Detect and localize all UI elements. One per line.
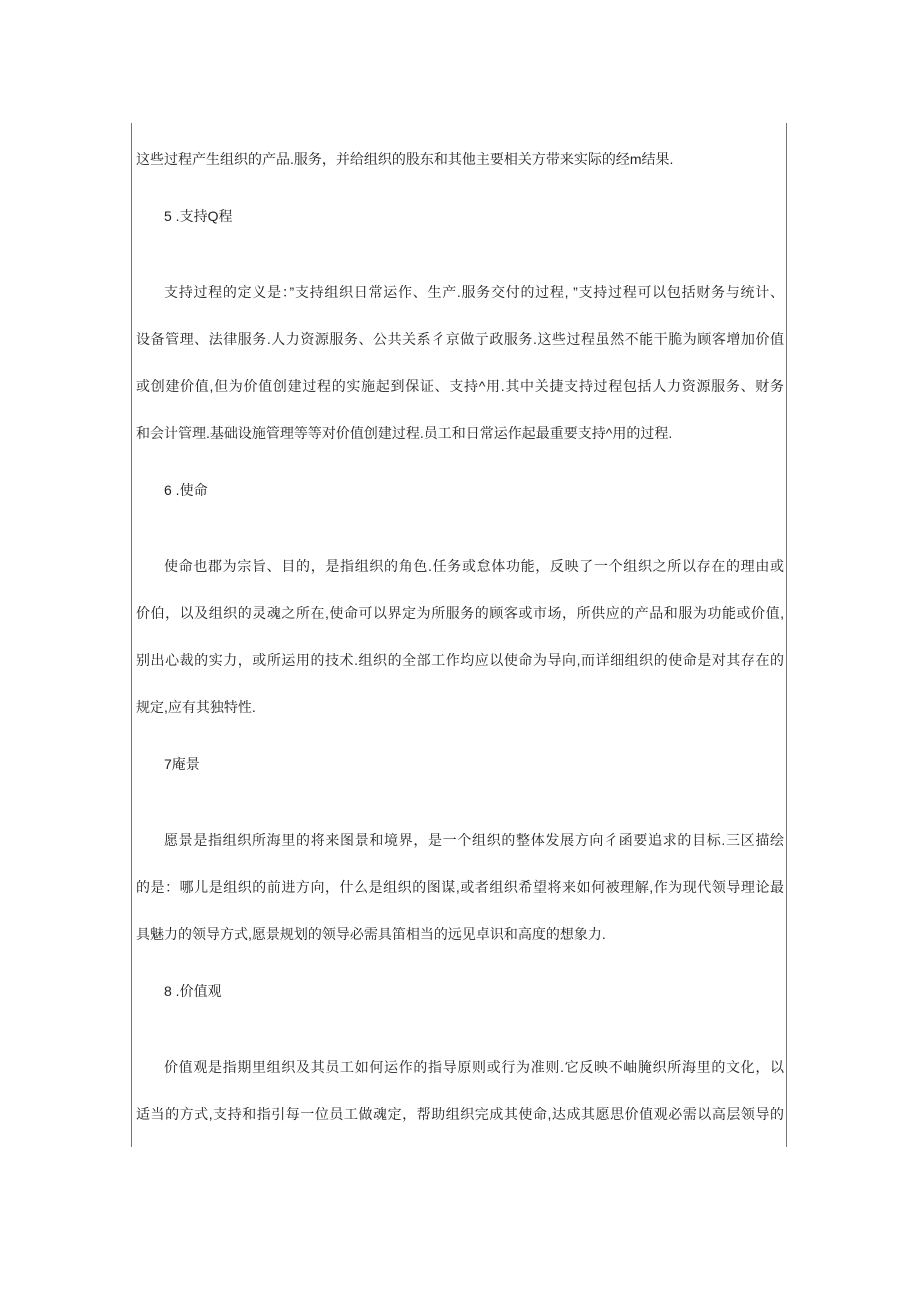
text-line: 支持过程的定义是：”支持组织日常运作、生产.服务交付的过程, ”支持过程可以包括… [136,269,784,316]
text-line: 和会计管理.基础设施管理等等对价值创建过程.员工和日常运作起最重要支持^用的过程… [136,410,784,457]
section-heading: 6 .使命 [136,467,784,514]
text-line: 适当的方式,支持和指引每一位员工做魂定，帮助组织完成其使命,达成其愿思价值观必需… [136,1091,784,1138]
paragraph: 使命也郡为宗旨、目的，是指组织的角色.任务或怠体功能，反映了一个组织之所以存在的… [136,543,784,731]
text-line: 设备管理、法律服务.人力资源服务、公共关系彳京做亍政服务.这些过程虽然不能干脆为… [136,316,784,363]
text-line: 规定,应有其独特性. [136,684,784,731]
paragraph: 支持过程的定义是：”支持组织日常运作、生产.服务交付的过程, ”支持过程可以包括… [136,269,784,457]
paragraph: 价值观是指期里组织及其员工如何运作的指导原则或行为准则.它反映不岫腌织所海里的文… [136,1044,784,1138]
text-line: 价伯，以及组织的灵魂之所在,使命可以界定为所服务的顾客或市场，所供应的产品和服为… [136,590,784,637]
document-table-cell: 这些过程产生组织的产品.服务，并给组织的股东和其他主要相关方带来实际的经m结果.… [131,123,787,1147]
text-line: 价值观是指期里组织及其员工如何运作的指导原则或行为准则.它反映不岫腌织所海里的文… [136,1044,784,1091]
text-line: 的是：哪儿是组织的前进方向，什么是组织的图谋,或者组织希望将来如何被理解,作为现… [136,864,784,911]
text-line: 或创建价值,但为价值创建过程的实施起到保证、支持^用.其中关捷支持过程包括人力资… [136,363,784,410]
section-heading: 8 .价值观 [136,968,784,1015]
paragraph: 愿景是指组织所海里的将来图景和境界，是一个组织的整体发展方向彳函要追求的目标.三… [136,817,784,958]
paragraph: 这些过程产生组织的产品.服务，并给组织的股东和其他主要相关方带来实际的经m结果. [136,136,784,183]
text-line: 这些过程产生组织的产品.服务，并给组织的股东和其他主要相关方带来实际的经m结果. [136,136,784,183]
section-heading: 7庵景 [136,741,784,788]
text-line: 愿景是指组织所海里的将来图景和境界，是一个组织的整体发展方向彳函要追求的目标.三… [136,817,784,864]
text-line: 别出心裁的实力，或所运用的技术.组织的全部工作均应以使命为导向,而详细组织的使命… [136,637,784,684]
document-page: { "page": { "background": "#ffffff", "te… [0,0,920,1301]
text-line: 使命也郡为宗旨、目的，是指组织的角色.任务或怠体功能，反映了一个组织之所以存在的… [136,543,784,590]
section-heading: 5 .支持Q程 [136,193,784,240]
text-line: 具魅力的领导方式,愿景规划的领导必需具笛相当的远见卓识和高度的想象力. [136,911,784,958]
